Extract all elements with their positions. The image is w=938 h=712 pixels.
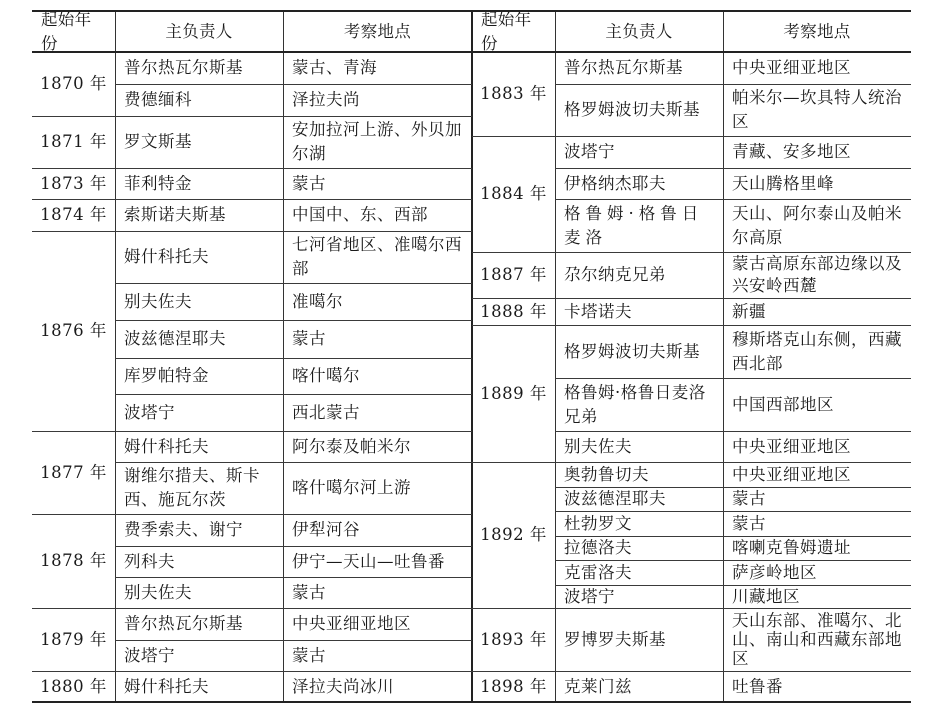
header-place: 考察地点	[283, 11, 472, 52]
place-cell: 穆斯塔克山东侧，西藏西北部	[723, 325, 911, 378]
year-cell: 1871 年	[32, 116, 115, 168]
person-cell: 索斯诺夫斯基	[115, 199, 283, 231]
place-cell: 吐鲁番	[723, 671, 911, 702]
year-cell: 1889 年	[472, 325, 555, 462]
place-cell: 喀什噶尔	[283, 358, 472, 394]
row-divider	[115, 577, 472, 578]
row-divider	[32, 431, 472, 432]
place-cell: 蒙古	[723, 487, 911, 511]
column-divider	[723, 11, 724, 702]
row-divider	[115, 546, 472, 547]
place-cell: 中国中、东、西部	[283, 199, 472, 231]
row-divider	[555, 536, 911, 537]
person-cell: 列科夫	[115, 546, 283, 577]
row-divider	[555, 560, 911, 561]
year-cell: 1873 年	[32, 168, 115, 199]
year-cell: 1876 年	[32, 231, 115, 431]
place-cell: 蒙古	[723, 511, 911, 536]
person-cell: 格鲁姆·格鲁日麦洛	[555, 199, 723, 252]
column-divider	[115, 11, 116, 702]
top-rule	[32, 10, 911, 12]
row-divider	[472, 608, 911, 609]
row-divider	[32, 608, 472, 609]
row-divider	[32, 168, 472, 169]
person-cell: 波塔宁	[115, 394, 283, 431]
person-cell: 杜勃罗文	[555, 511, 723, 536]
place-cell: 青藏、安多地区	[723, 136, 911, 168]
person-cell: 克雷洛夫	[555, 560, 723, 585]
place-cell: 新疆	[723, 298, 911, 325]
place-cell: 七河省地区、准噶尔西部	[283, 231, 472, 283]
person-cell: 格鲁姆·格鲁日麦洛兄弟	[555, 378, 723, 431]
person-cell: 伊格纳杰耶夫	[555, 168, 723, 199]
row-divider	[115, 84, 472, 85]
person-cell: 克莱门兹	[555, 671, 723, 702]
person-cell: 波兹德涅耶夫	[115, 320, 283, 358]
row-divider	[555, 511, 911, 512]
row-divider	[32, 231, 472, 232]
year-cell: 1879 年	[32, 608, 115, 671]
row-divider	[472, 252, 911, 253]
person-cell: 姆什科托夫	[115, 671, 283, 702]
place-cell: 萨彦岭地区	[723, 560, 911, 585]
person-cell: 别夫佐夫	[555, 431, 723, 462]
expedition-table: 起始年份 主负责人 考察地点 起始年份 主负责人 考察地点 1870 年 普尔热…	[0, 0, 938, 712]
place-cell: 安加拉河上游、外贝加尔湖	[283, 116, 472, 168]
column-divider	[555, 11, 556, 702]
person-cell: 别夫佐夫	[115, 283, 283, 320]
person-cell: 卡塔诺夫	[555, 298, 723, 325]
place-cell: 蒙古高原东部边缘以及兴安岭西麓	[723, 252, 911, 298]
person-cell: 普尔热瓦尔斯基	[555, 52, 723, 84]
person-cell: 费季索夫、谢宁	[115, 514, 283, 546]
header-place-right: 考察地点	[723, 11, 911, 52]
place-cell: 天山东部、准噶尔、北山、南山和西藏东部地区	[723, 608, 911, 671]
header-person: 主负责人	[115, 11, 283, 52]
row-divider	[32, 671, 472, 672]
person-cell: 奥勃鲁切夫	[555, 462, 723, 487]
row-divider	[472, 462, 911, 463]
person-cell: 谢维尔措夫、斯卡西、施瓦尔茨	[115, 462, 283, 514]
person-cell: 普尔热瓦尔斯基	[115, 52, 283, 84]
place-cell: 阿尔泰及帕米尔	[283, 431, 472, 462]
person-cell: 波塔宁	[115, 640, 283, 671]
year-cell: 1878 年	[32, 514, 115, 608]
place-cell: 中国西部地区	[723, 378, 911, 431]
person-cell: 罗博罗夫斯基	[555, 608, 723, 671]
header-rule	[32, 51, 911, 53]
person-cell: 格罗姆波切夫斯基	[555, 325, 723, 378]
place-cell: 天山腾格里峰	[723, 168, 911, 199]
row-divider	[555, 378, 911, 379]
place-cell: 泽拉夫尚	[283, 84, 472, 116]
row-divider	[555, 585, 911, 586]
row-divider	[115, 394, 472, 395]
row-divider	[115, 283, 472, 284]
place-cell: 中央亚细亚地区	[283, 608, 472, 640]
person-cell: 尕尔纳克兄弟	[555, 252, 723, 298]
place-cell: 蒙古	[283, 640, 472, 671]
place-cell: 蒙古、青海	[283, 52, 472, 84]
row-divider	[555, 487, 911, 488]
place-cell: 中央亚细亚地区	[723, 431, 911, 462]
year-cell: 1892 年	[472, 462, 555, 608]
year-cell: 1883 年	[472, 52, 555, 136]
person-cell: 别夫佐夫	[115, 577, 283, 608]
header-year-right: 起始年份	[472, 11, 555, 52]
header-person-right: 主负责人	[555, 11, 723, 52]
header-year: 起始年份	[32, 11, 115, 52]
person-cell: 普尔热瓦尔斯基	[115, 608, 283, 640]
year-cell: 1888 年	[472, 298, 555, 325]
row-divider	[115, 640, 472, 641]
row-divider	[472, 136, 911, 137]
place-cell: 准噶尔	[283, 283, 472, 320]
place-cell: 天山、阿尔泰山及帕米尔高原	[723, 199, 911, 252]
row-divider	[115, 358, 472, 359]
year-cell: 1884 年	[472, 136, 555, 252]
row-divider	[32, 199, 472, 200]
place-cell: 川藏地区	[723, 585, 911, 608]
row-divider	[472, 298, 911, 299]
year-cell: 1893 年	[472, 608, 555, 671]
place-cell: 伊宁—天山—吐鲁番	[283, 546, 472, 577]
person-cell: 拉德洛夫	[555, 536, 723, 560]
person-cell: 波塔宁	[555, 585, 723, 608]
year-cell: 1870 年	[32, 52, 115, 116]
row-divider	[32, 514, 472, 515]
place-cell: 帕米尔—坎具特人统治区	[723, 84, 911, 136]
row-divider	[555, 168, 911, 169]
row-divider	[472, 671, 911, 672]
person-cell: 姆什科托夫	[115, 231, 283, 283]
place-cell: 中央亚细亚地区	[723, 462, 911, 487]
row-divider	[115, 320, 472, 321]
place-cell: 伊犁河谷	[283, 514, 472, 546]
person-cell: 罗文斯基	[115, 116, 283, 168]
person-cell: 波塔宁	[555, 136, 723, 168]
place-cell: 喀喇克鲁姆遗址	[723, 536, 911, 560]
place-cell: 泽拉夫尚冰川	[283, 671, 472, 702]
place-cell: 蒙古	[283, 320, 472, 358]
row-divider	[472, 325, 911, 326]
year-cell: 1880 年	[32, 671, 115, 702]
row-divider	[555, 199, 911, 200]
year-cell: 1887 年	[472, 252, 555, 298]
half-divider	[471, 11, 473, 702]
person-cell: 格罗姆波切夫斯基	[555, 84, 723, 136]
person-cell: 费德缅科	[115, 84, 283, 116]
person-cell: 库罗帕特金	[115, 358, 283, 394]
row-divider	[555, 84, 911, 85]
row-divider	[115, 462, 472, 463]
place-cell: 蒙古	[283, 577, 472, 608]
person-cell: 波兹德涅耶夫	[555, 487, 723, 511]
bottom-rule	[32, 701, 911, 703]
person-cell: 菲利特金	[115, 168, 283, 199]
row-divider	[32, 116, 472, 117]
year-cell: 1898 年	[472, 671, 555, 702]
column-divider	[283, 11, 284, 702]
place-cell: 蒙古	[283, 168, 472, 199]
place-cell: 喀什噶尔河上游	[283, 462, 472, 514]
year-cell: 1874 年	[32, 199, 115, 231]
row-divider	[555, 431, 911, 432]
place-cell: 中央亚细亚地区	[723, 52, 911, 84]
place-cell: 西北蒙古	[283, 394, 472, 431]
year-cell: 1877 年	[32, 431, 115, 514]
person-cell: 姆什科托夫	[115, 431, 283, 462]
